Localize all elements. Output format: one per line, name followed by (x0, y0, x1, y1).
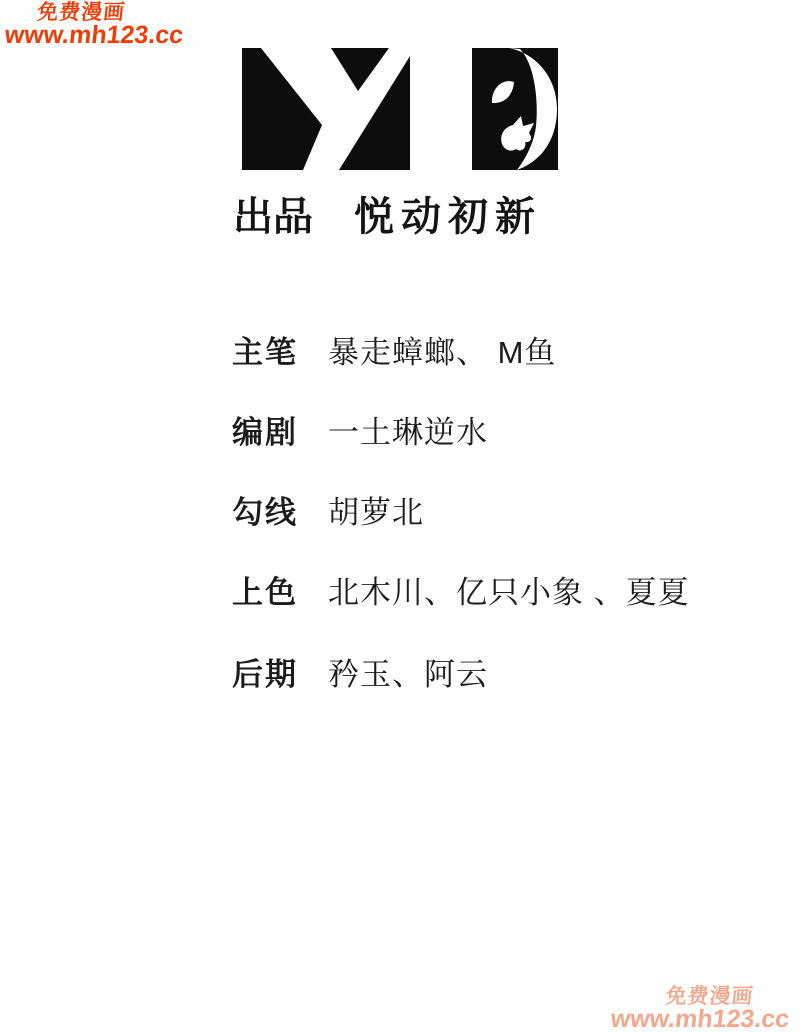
credit-row-line-art: 勾线 胡萝北 (232, 487, 424, 532)
producer-label: 出品 (233, 185, 313, 242)
watermark-bottom-right: 免费漫画 www.mh123.cc (609, 986, 792, 1030)
credit-label: 勾线 (232, 487, 328, 532)
watermark-site-url: www.mh123.cc (609, 1008, 790, 1030)
credit-label: 后期 (232, 649, 328, 694)
studio-logo-y-icon (242, 48, 410, 170)
producer-studio-name: 悦动初新 (354, 185, 542, 242)
credit-value: 一土琳逆水 (328, 407, 488, 452)
watermark-top-left: 免费漫画 www.mh123.cc (4, 1, 187, 47)
credit-row-screenwriter: 编剧 一土琳逆水 (232, 407, 488, 452)
credit-row-lead-artist: 主笔 暴走蟑螂、 M鱼 (232, 327, 556, 372)
credit-value: 矜玉、阿云 (328, 649, 488, 694)
comic-credits-page: 免费漫画 www.mh123.cc 出品 悦动初新 主笔 暴走蟑螂、 M鱼 编剧… (0, 0, 800, 1032)
credit-row-coloring: 上色 北木川、亿只小象 、夏夏 (232, 567, 690, 612)
credit-label: 上色 (232, 567, 328, 612)
credit-row-post-production: 后期 矜玉、阿云 (232, 649, 488, 694)
credit-value: 胡萝北 (328, 487, 424, 532)
watermark-site-url: www.mh123.cc (4, 24, 185, 47)
credit-label: 主笔 (232, 327, 328, 372)
producer-line: 出品 悦动初新 (233, 185, 542, 242)
studio-logo-moon-face-icon (472, 48, 558, 170)
credit-label: 编剧 (232, 407, 328, 452)
credit-value: 北木川、亿只小象 、夏夏 (328, 567, 690, 612)
credit-value: 暴走蟑螂、 M鱼 (328, 327, 556, 372)
